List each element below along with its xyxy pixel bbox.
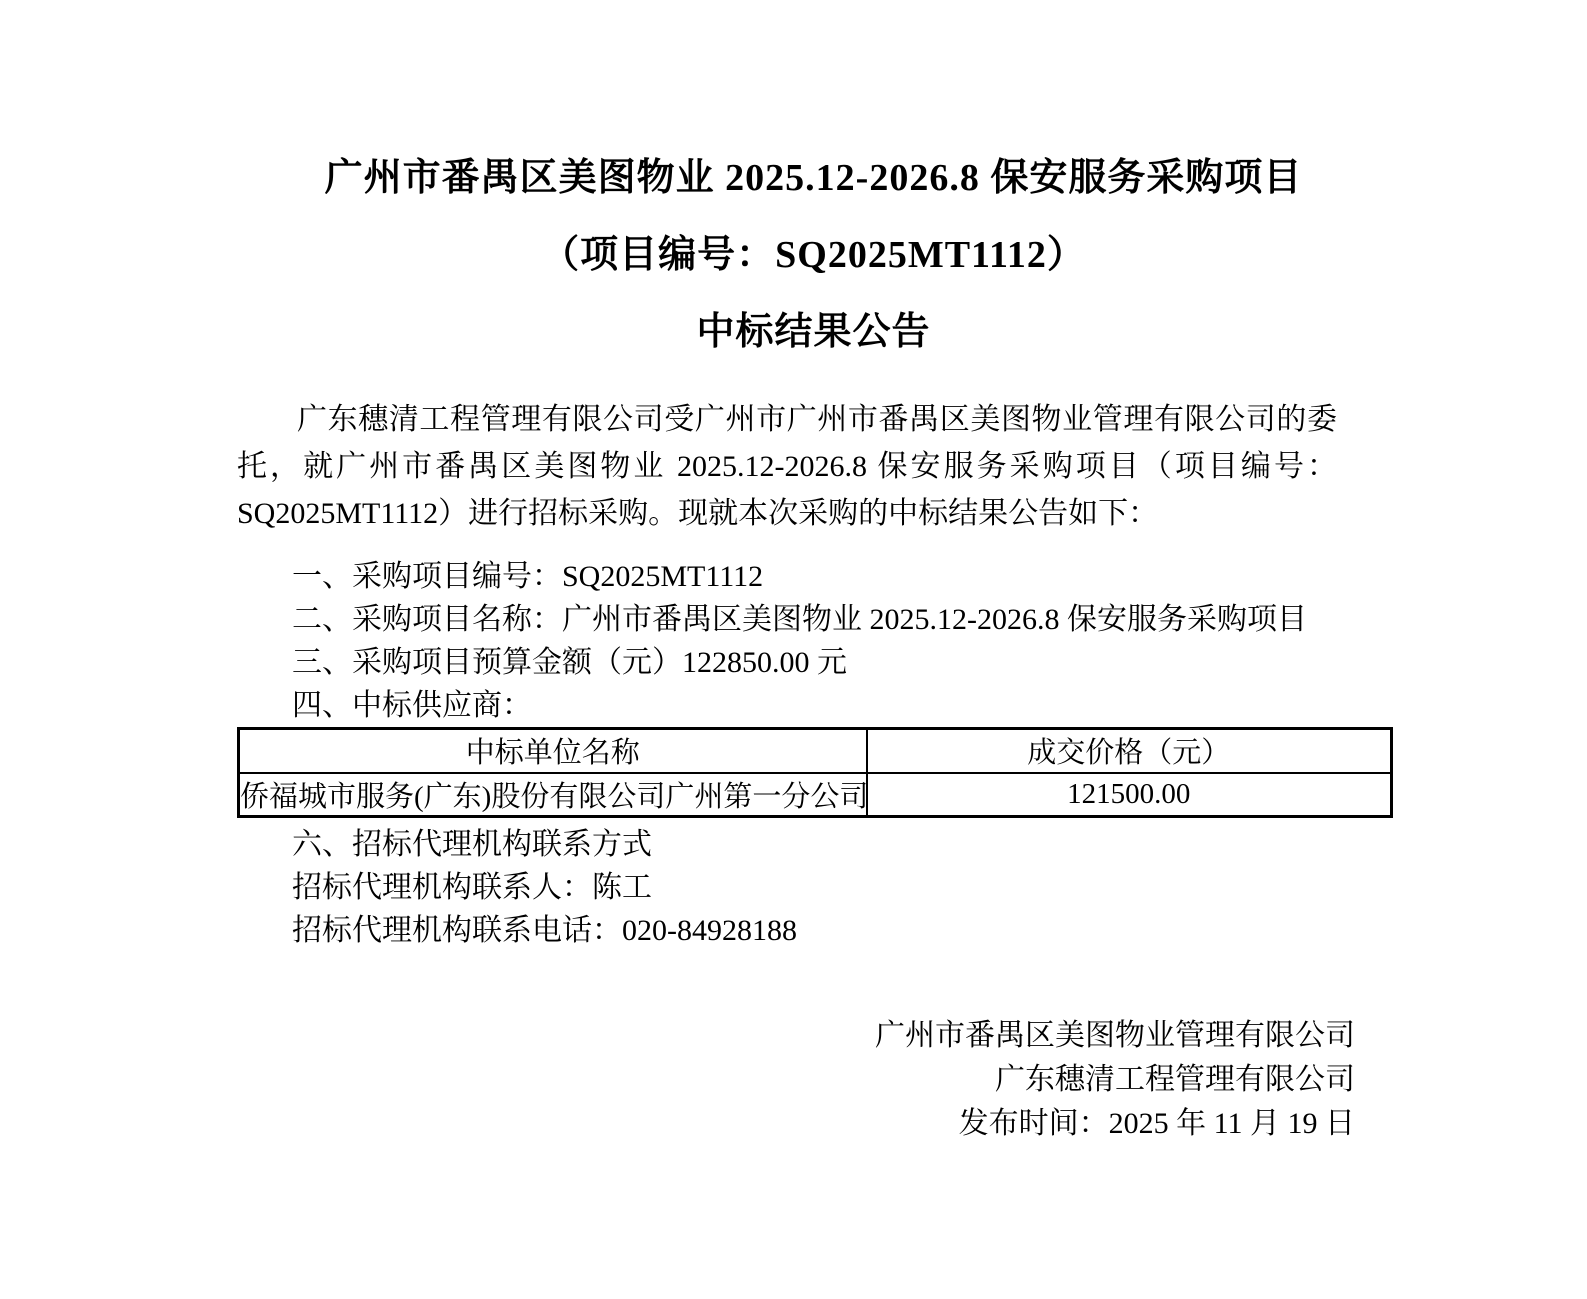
- table-header-winner-name: 中标单位名称: [239, 729, 867, 773]
- table-header-deal-price: 成交价格（元）: [867, 729, 1392, 773]
- table-row: 侨福城市服务(广东)股份有限公司广州第一分公司 121500.00: [239, 773, 1392, 817]
- table-header-row: 中标单位名称 成交价格（元）: [239, 729, 1392, 773]
- item-winning-supplier-label: 四、中标供应商：: [237, 684, 1390, 727]
- document-title-announcement: 中标结果公告: [237, 294, 1390, 371]
- section-agency-contact-heading: 六、招标代理机构联系方式: [237, 823, 1390, 866]
- document-content: 广州市番禺区美图物业 2025.12-2026.8 保安服务采购项目 （项目编号…: [237, 0, 1390, 1146]
- item-project-name: 二、采购项目名称：广州市番禺区美图物业 2025.12-2026.8 保安服务采…: [237, 598, 1390, 641]
- item-list: 一、采购项目编号：SQ2025MT1112 二、采购项目名称：广州市番禺区美图物…: [237, 555, 1390, 727]
- signature-purchaser-company: 广州市番禺区美图物业管理有限公司: [237, 1014, 1355, 1058]
- winning-bidder-table: 中标单位名称 成交价格（元） 侨福城市服务(广东)股份有限公司广州第一分公司 1…: [237, 727, 1393, 818]
- document-title-project-number: （项目编号：SQ2025MT1112）: [237, 217, 1390, 294]
- signature-agency-company: 广东穗清工程管理有限公司: [237, 1058, 1355, 1102]
- intro-paragraph: 广东穗清工程管理有限公司受广州市广州市番禺区美图物业管理有限公司的委托，就广州市…: [237, 396, 1337, 537]
- signature-block: 广州市番禺区美图物业管理有限公司 广东穗清工程管理有限公司 发布时间：2025 …: [237, 1014, 1355, 1146]
- table-cell-winner-name: 侨福城市服务(广东)股份有限公司广州第一分公司: [239, 773, 867, 817]
- table-cell-deal-price: 121500.00: [867, 773, 1392, 817]
- agency-contact-person: 招标代理机构联系人：陈工: [237, 866, 1390, 909]
- agency-contact-phone: 招标代理机构联系电话：020-84928188: [237, 909, 1390, 952]
- publish-date: 发布时间：2025 年 11 月 19 日: [237, 1102, 1355, 1146]
- document-page: 广州市番禺区美图物业 2025.12-2026.8 保安服务采购项目 （项目编号…: [0, 0, 1587, 1299]
- item-project-number: 一、采购项目编号：SQ2025MT1112: [237, 555, 1390, 598]
- document-title-line1: 广州市番禺区美图物业 2025.12-2026.8 保安服务采购项目: [237, 140, 1390, 217]
- item-project-budget: 三、采购项目预算金额（元）122850.00 元: [237, 641, 1390, 684]
